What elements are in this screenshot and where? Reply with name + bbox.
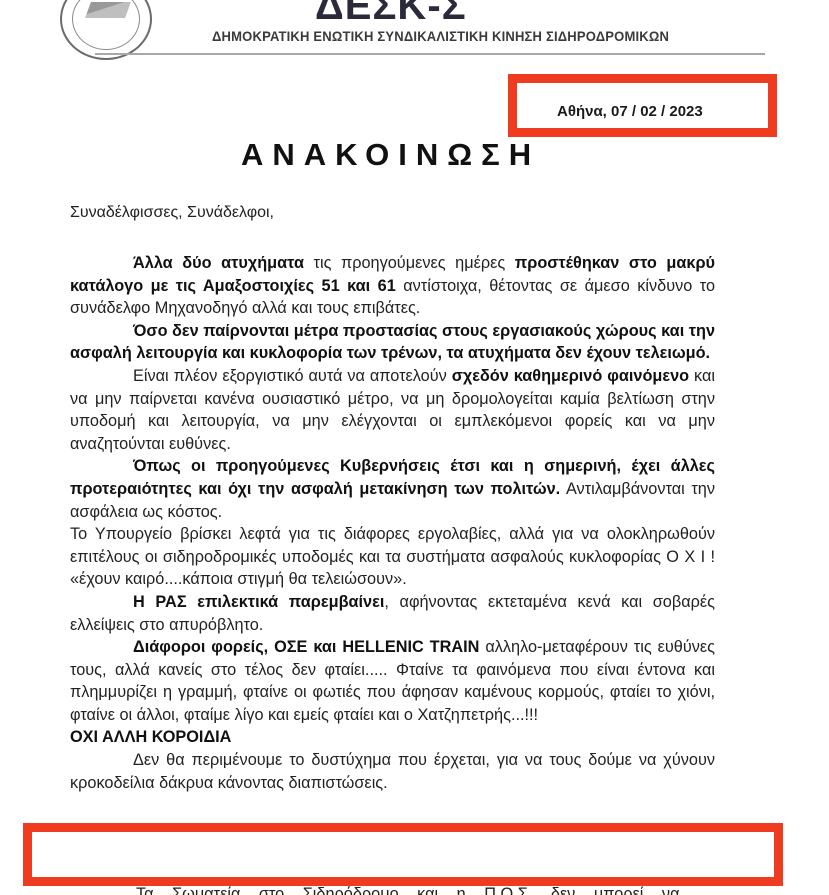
text: Είναι πλέον εξοργιστικό αυτά να αποτελού… bbox=[133, 367, 452, 385]
bold-text: σχεδόν καθημερινό φαινόμενο bbox=[452, 367, 689, 385]
paragraph: Άλλα δύο ατυχήματα τις προηγούμενες ημέρ… bbox=[70, 252, 715, 320]
bold-text: Όσο δεν παίρνονται μέτρα προστασίας στου… bbox=[70, 322, 715, 363]
section-heading: ΟΧΙ ΑΛΛΗ ΚΟΡΟΙΔΙΑ bbox=[70, 726, 715, 749]
org-acronym: ΔΕΣΚ-Σ bbox=[315, 0, 467, 26]
greeting: Συναδέλφισσες, Συνάδελφοι, bbox=[70, 204, 274, 222]
document-title: ΑΝΑΚΟΙΝΩΣΗ bbox=[241, 137, 540, 173]
paragraph: Διάφοροι φορείς, ΟΣΕ και HELLENIC TRAIN … bbox=[70, 636, 715, 726]
highlighted-paragraph: Δεν θα περιμένουμε το δυστύχημα που έρχε… bbox=[70, 749, 715, 794]
bold-text: Διάφοροι φορείς, ΟΣΕ και HELLENIC TRAIN bbox=[133, 638, 479, 656]
announcement-body: Άλλα δύο ατυχήματα τις προηγούμενες ημέρ… bbox=[70, 252, 715, 794]
header-divider bbox=[95, 53, 765, 55]
bold-text: Άλλα δύο ατυχήματα bbox=[133, 254, 304, 272]
text: Το Υπουργείο βρίσκει λεφτά για τις διάφο… bbox=[70, 525, 715, 588]
paragraph: Όπως οι προηγούμενες Κυβερνήσεις έτσι κα… bbox=[70, 455, 715, 523]
bold-text: Η ΡΑΣ επιλεκτικά παρεμβαίνει bbox=[133, 593, 384, 611]
org-full-name: ΔΗΜΟΚΡΑΤΙΚΗ ΕΝΩΤΙΚΗ ΣΥΝΔΙΚΑΛΙΣΤΙΚΗ ΚΙΝΗΣ… bbox=[212, 28, 669, 44]
union-seal-logo-icon bbox=[60, 0, 152, 60]
paragraph: Η ΡΑΣ επιλεκτικά παρεμβαίνει, αφήνοντας … bbox=[70, 591, 715, 636]
text: τις προηγούμενες ημέρες bbox=[304, 254, 515, 272]
paragraph: Το Υπουργείο βρίσκει λεφτά για τις διάφο… bbox=[70, 523, 715, 591]
paragraph: Όσο δεν παίρνονται μέτρα προστασίας στου… bbox=[70, 320, 715, 365]
date-line: Αθήνα, 07 / 02 / 2023 bbox=[557, 103, 703, 120]
cut-off-line: Τα Σωματεία στο Σιδηρόδρομο και η Π.Ο.Σ.… bbox=[136, 885, 679, 895]
paragraph: Είναι πλέον εξοργιστικό αυτά να αποτελού… bbox=[70, 365, 715, 455]
quote-highlight-box bbox=[23, 823, 783, 886]
